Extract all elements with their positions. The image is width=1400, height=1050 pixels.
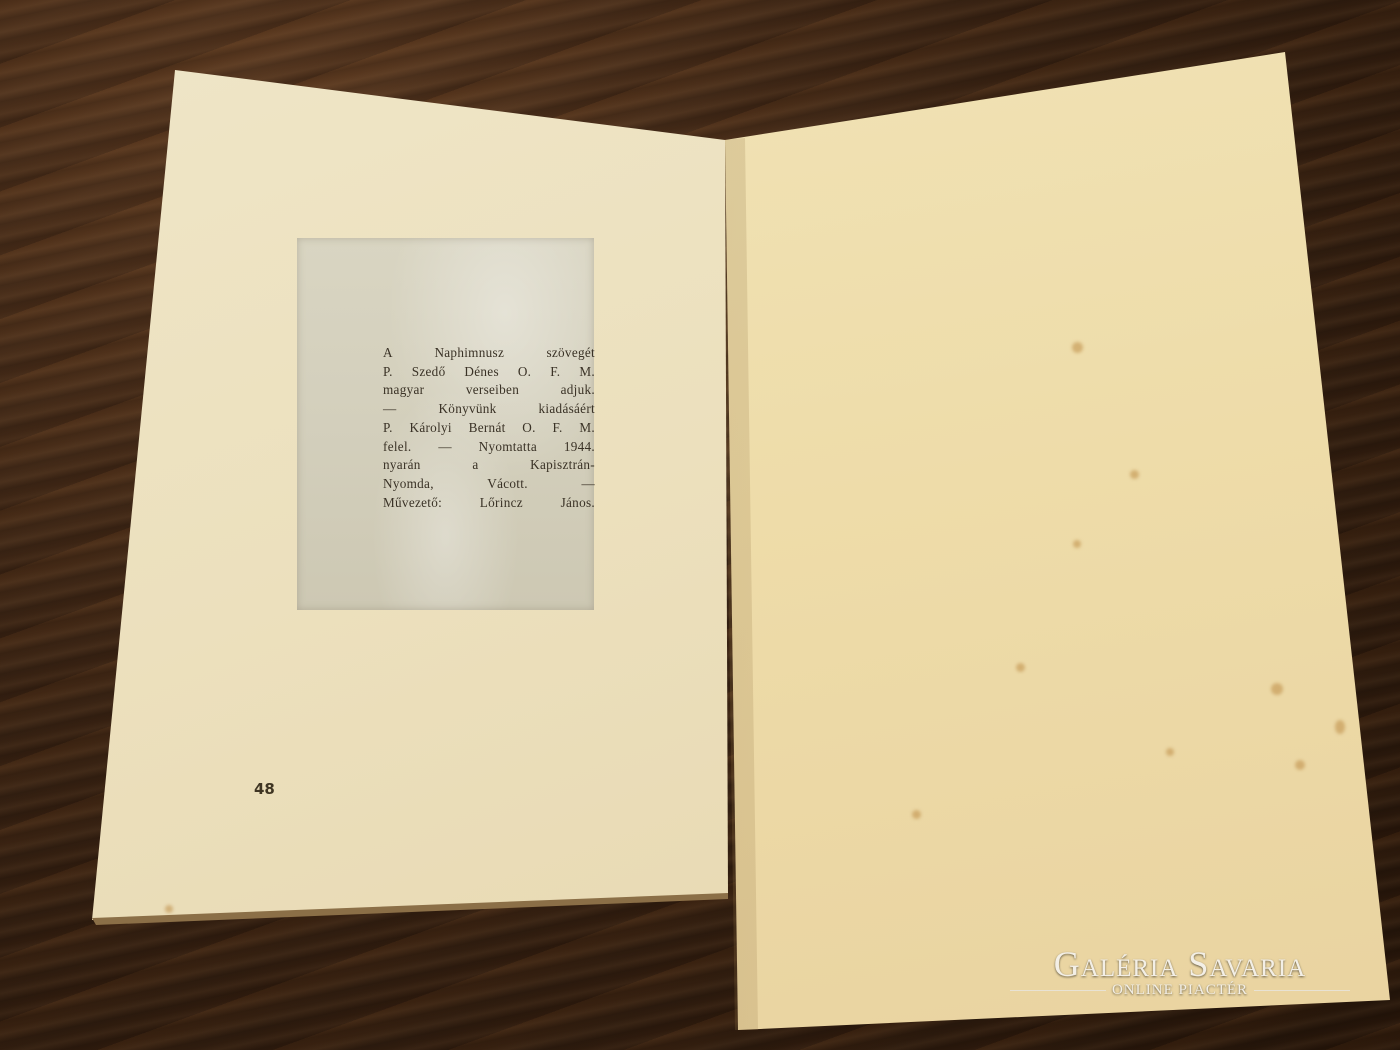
- colophon-line: Művezető: Lőrincz János.: [383, 494, 595, 513]
- divider: [1254, 990, 1350, 991]
- watermark-title: Galéria Savaria: [1010, 944, 1350, 984]
- photo-scene: A Naphimnusz szövegét P. Szedő Dénes O. …: [0, 0, 1400, 1050]
- foxing-stain: [1072, 342, 1083, 353]
- colophon-line: A Naphimnusz szövegét: [383, 344, 595, 363]
- page-number: 48: [254, 780, 275, 798]
- watermark-logo: Galéria Savaria ONLINE PIACTÉR: [1010, 944, 1350, 998]
- colophon-line: — Könyvünk kiadásáért: [383, 400, 595, 419]
- colophon-line: P. Szedő Dénes O. F. M.: [383, 363, 595, 382]
- foxing-stain: [1130, 470, 1139, 479]
- foxing-stain: [1016, 663, 1025, 672]
- colophon-line: nyarán a Kapisztrán-: [383, 456, 595, 475]
- foxing-stain: [1073, 540, 1081, 548]
- foxing-stain: [1295, 760, 1305, 770]
- colophon-text: A Naphimnusz szövegét P. Szedő Dénes O. …: [383, 344, 595, 512]
- watermark-subtitle: ONLINE PIACTÉR: [1112, 982, 1248, 998]
- divider: [1010, 990, 1106, 991]
- foxing-stain: [165, 905, 173, 913]
- watermark-subtitle-row: ONLINE PIACTÉR: [1010, 982, 1350, 998]
- foxing-stain: [1166, 748, 1174, 756]
- foxing-stain: [1335, 720, 1345, 734]
- colophon-line: magyar verseiben adjuk.: [383, 381, 595, 400]
- colophon-line: felel. — Nyomtatta 1944.: [383, 438, 595, 457]
- foxing-stain: [1271, 683, 1283, 695]
- colophon-line: Nyomda, Vácott. —: [383, 475, 595, 494]
- foxing-stain: [912, 810, 921, 819]
- colophon-line: P. Károlyi Bernát O. F. M.: [383, 419, 595, 438]
